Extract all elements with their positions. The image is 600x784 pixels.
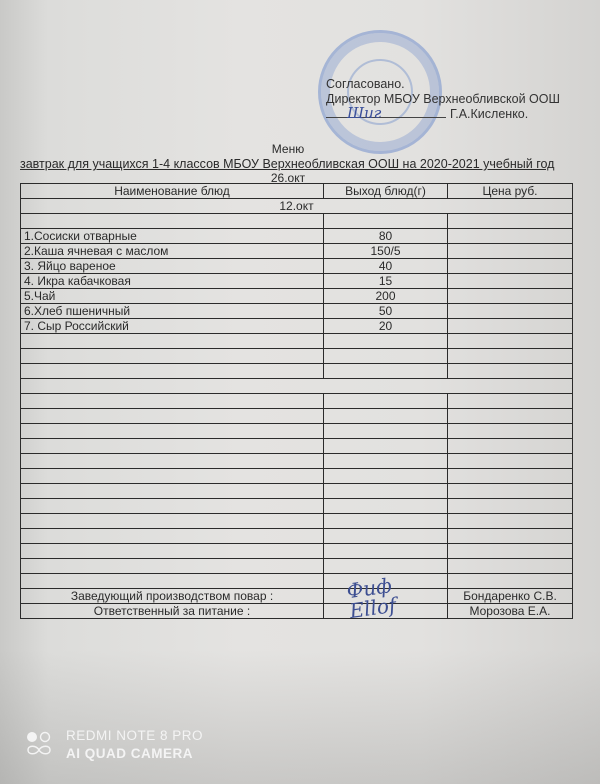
empty-cell: [448, 469, 573, 484]
empty-cell: [324, 499, 448, 514]
empty-cell: [21, 469, 324, 484]
empty-row: [21, 514, 573, 529]
empty-cell: [21, 484, 324, 499]
empty-cell: [448, 424, 573, 439]
empty-cell: [324, 364, 448, 379]
empty-cell: [448, 364, 573, 379]
empty-cell: [324, 214, 448, 229]
empty-cell: [324, 334, 448, 349]
empty-cell: [324, 394, 448, 409]
empty-cell: [324, 439, 448, 454]
empty-cell: [324, 409, 448, 424]
empty-cell: [448, 559, 573, 574]
quad-camera-icon: [26, 731, 52, 757]
empty-row: [21, 484, 573, 499]
dish-price: [448, 259, 573, 274]
empty-cell: [448, 409, 573, 424]
menu-table: Наименование блюд Выход блюд(г) Цена руб…: [20, 183, 573, 619]
empty-row: [21, 574, 573, 589]
empty-cell: [324, 559, 448, 574]
header-dish-name: Наименование блюд: [21, 184, 324, 199]
dish-weight: 80: [324, 229, 448, 244]
menu-subtitle: завтрак для учащихся 1-4 классов МБОУ Ве…: [20, 157, 554, 171]
section-row: 12.окт: [21, 199, 573, 214]
empty-cell: [21, 559, 324, 574]
dish-price: [448, 319, 573, 334]
table-row: 7. Сыр Российский20: [21, 319, 573, 334]
dish-name: 4. Икра кабачковая: [21, 274, 324, 289]
empty-cell: [324, 424, 448, 439]
empty-cell: [324, 469, 448, 484]
menu-title: Меню: [0, 142, 576, 156]
table-row: 3. Яйцо вареное40: [21, 259, 573, 274]
empty-row: [21, 409, 573, 424]
dish-name: 5.Чай: [21, 289, 324, 304]
empty-cell: [21, 574, 324, 589]
empty-cell: [21, 364, 324, 379]
dish-weight: 20: [324, 319, 448, 334]
table-row: 1.Сосиски отварные80: [21, 229, 573, 244]
dish-name: 3. Яйцо вареное: [21, 259, 324, 274]
dish-price: [448, 229, 573, 244]
empty-cell: [21, 439, 324, 454]
empty-cell: [21, 499, 324, 514]
empty-row: [21, 529, 573, 544]
empty-cell: [448, 334, 573, 349]
table-row: 6.Хлеб пшеничный50: [21, 304, 573, 319]
empty-cell: [21, 394, 324, 409]
empty-row: [21, 379, 573, 394]
empty-cell: [448, 454, 573, 469]
empty-row: [21, 424, 573, 439]
approval-label: Согласовано.: [326, 77, 560, 92]
empty-cell: [324, 529, 448, 544]
empty-cell: [324, 484, 448, 499]
empty-cell: [21, 349, 324, 364]
empty-cell: [448, 529, 573, 544]
table-row: 5.Чай200: [21, 289, 573, 304]
empty-cell: [448, 574, 573, 589]
handwritten-signatures: ФифЕllof: [345, 575, 397, 621]
empty-row: [21, 349, 573, 364]
signature-role: Заведующий производством повар :: [21, 589, 324, 604]
dish-price: [448, 289, 573, 304]
signature-row: Ответственный за питание :Морозова Е.А.: [21, 604, 573, 619]
empty-cell: [21, 424, 324, 439]
section-date: 12.окт: [21, 199, 573, 214]
director-signature: Шиг: [347, 104, 387, 122]
table-header-row: Наименование блюд Выход блюд(г) Цена руб…: [21, 184, 573, 199]
dish-price: [448, 304, 573, 319]
empty-cell: [21, 544, 324, 559]
menu-table-wrap: Наименование блюд Выход блюд(г) Цена руб…: [20, 183, 572, 619]
empty-row: [21, 394, 573, 409]
empty-row: [21, 454, 573, 469]
empty-cell: [448, 499, 573, 514]
dish-weight: 15: [324, 274, 448, 289]
table-row: 2.Каша ячневая с маслом150/5: [21, 244, 573, 259]
dish-name: 1.Сосиски отварные: [21, 229, 324, 244]
signature-role: Ответственный за питание :: [21, 604, 324, 619]
empty-cell: [21, 334, 324, 349]
signature-name: Морозова Е.А.: [448, 604, 573, 619]
empty-row: [21, 439, 573, 454]
signature-name: Бондаренко С.В.: [448, 589, 573, 604]
empty-cell: [21, 514, 324, 529]
dish-price: [448, 244, 573, 259]
empty-row: [21, 559, 573, 574]
empty-cell: [21, 214, 324, 229]
dish-name: 2.Каша ячневая с маслом: [21, 244, 324, 259]
dish-weight: 200: [324, 289, 448, 304]
empty-cell: [324, 544, 448, 559]
empty-cell: [448, 514, 573, 529]
header-price: Цена руб.: [448, 184, 573, 199]
header-weight: Выход блюд(г): [324, 184, 448, 199]
empty-cell: [448, 349, 573, 364]
dish-weight: 150/5: [324, 244, 448, 259]
empty-cell: [324, 454, 448, 469]
dish-price: [448, 274, 573, 289]
empty-cell: [448, 439, 573, 454]
camera-feature: AI QUAD CAMERA: [66, 746, 193, 761]
empty-cell: [324, 349, 448, 364]
empty-row: [21, 364, 573, 379]
camera-model: REDMI NOTE 8 PRO: [66, 728, 203, 743]
empty-row: [21, 544, 573, 559]
table-row: 4. Икра кабачковая15: [21, 274, 573, 289]
empty-cell: [21, 454, 324, 469]
approval-signer: Г.А.Кисленко.: [450, 107, 528, 121]
page-shadow: [0, 650, 600, 784]
empty-row: [21, 499, 573, 514]
empty-cell: [448, 214, 573, 229]
empty-row: [21, 214, 573, 229]
empty-cell: [21, 529, 324, 544]
empty-row: [21, 469, 573, 484]
dish-weight: 50: [324, 304, 448, 319]
dish-weight: 40: [324, 259, 448, 274]
empty-row: [21, 334, 573, 349]
dish-name: 6.Хлеб пшеничный: [21, 304, 324, 319]
empty-cell: [21, 379, 573, 394]
empty-cell: [448, 484, 573, 499]
empty-cell: [448, 544, 573, 559]
empty-cell: [324, 514, 448, 529]
dish-name: 7. Сыр Российский: [21, 319, 324, 334]
signature-row: Заведующий производством повар :Бондарен…: [21, 589, 573, 604]
empty-cell: [448, 394, 573, 409]
empty-cell: [21, 409, 324, 424]
